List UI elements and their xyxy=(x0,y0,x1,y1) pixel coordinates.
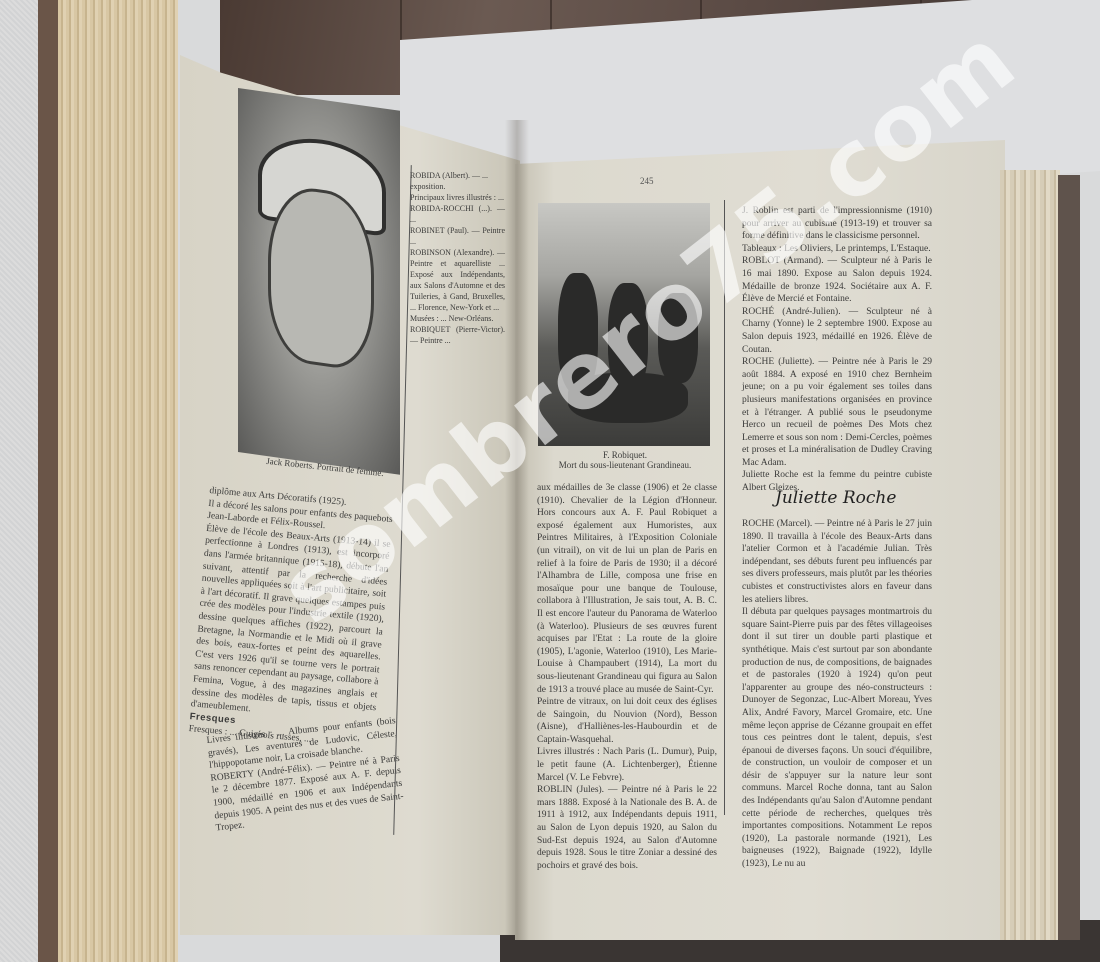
paragraph: Peintre de vitraux, on lui doit ceux des… xyxy=(537,696,717,746)
paragraph: ROBIDA (Albert). — ... xyxy=(410,170,505,181)
portrait-illustration xyxy=(238,88,400,475)
page-edges-left xyxy=(58,0,178,962)
right-page-column-1: aux médailles de 3e classe (1906) et 2e … xyxy=(537,482,717,872)
left-page-column-1-bottom: Livres illustrés : ... Albums pour enfan… xyxy=(206,715,405,835)
paragraph: ROCHÉ (André-Julien). — Sculpteur né à C… xyxy=(742,306,932,356)
paragraph: exposition. xyxy=(410,181,505,192)
paragraph: aux médailles de 3e classe (1906) et 2e … xyxy=(537,482,717,696)
page-number-right: 245 xyxy=(640,176,654,186)
left-page-column-2: ROBIDA (Albert). — ... exposition. Princ… xyxy=(410,170,505,346)
paragraph: ROBIDA-ROCCHI (...). — ... xyxy=(410,203,505,225)
book-cover-right xyxy=(1058,175,1080,940)
paragraph: ROCHE (Juliette). — Peintre née à Paris … xyxy=(742,356,932,469)
paragraph: Principaux livres illustrés : ... xyxy=(410,192,505,203)
caption-title: Mort du sous-lieutenant Grandineau. xyxy=(535,460,715,470)
paragraph: ROBINSON (Alexandre). — Peintre et aquar… xyxy=(410,247,505,313)
paragraph: ROBIQUET (Pierre-Victor). — Peintre ... xyxy=(410,324,505,346)
paragraph: Il débuta par quelques paysages montmart… xyxy=(742,606,932,870)
paragraph: Musées : ... New-Orléans. xyxy=(410,313,505,324)
signature: Juliette Roche xyxy=(775,488,896,508)
page-edges-right xyxy=(1000,170,1060,940)
right-page-column-2-bottom: ROCHE (Marcel). — Peintre né à Paris le … xyxy=(742,518,932,871)
book-gutter xyxy=(505,120,529,940)
paragraph: ROBINET (Paul). — Peintre ... xyxy=(410,225,505,247)
paragraph: ROBLIN (Jules). — Peintre né à Paris le … xyxy=(537,784,717,872)
paragraph: ROCHE (Marcel). — Peintre né à Paris le … xyxy=(742,518,932,606)
paragraph: Livres illustrés : Nach Paris (L. Dumur)… xyxy=(537,746,717,784)
book-cover-left xyxy=(38,0,60,962)
